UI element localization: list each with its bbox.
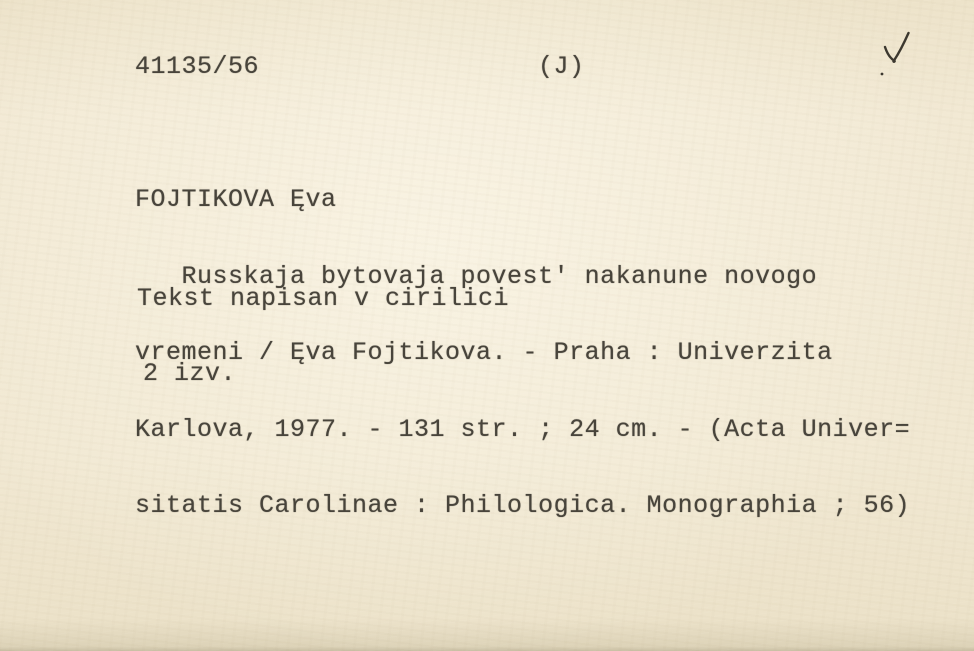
call-number: 41135/56 — [135, 54, 259, 80]
handwritten-check-icon — [868, 26, 916, 82]
script-note: Tekst napisan v cirilici — [137, 286, 509, 312]
catalog-card: 41135/56 (J) FOJTIKOVA Ęva Russkaja byto… — [0, 0, 974, 651]
classification-code: (J) — [538, 54, 585, 80]
catalog-entry-line: vremeni / Ęva Fojtikova. - Praha : Unive… — [135, 340, 910, 366]
catalog-entry-line: sitatis Carolinae : Philologica. Monogra… — [135, 493, 910, 519]
scanned-catalog-card-page: 41135/56 (J) FOJTIKOVA Ęva Russkaja byto… — [0, 0, 974, 651]
ink-dot — [881, 73, 884, 76]
copies-note: 2 izv. — [143, 361, 236, 387]
catalog-entry: FOJTIKOVA Ęva Russkaja bytovaja povest' … — [135, 136, 910, 570]
heading-author-line: FOJTIKOVA Ęva — [135, 187, 910, 213]
catalog-entry-line: Karlova, 1977. - 131 str. ; 24 cm. - (Ac… — [135, 417, 910, 443]
